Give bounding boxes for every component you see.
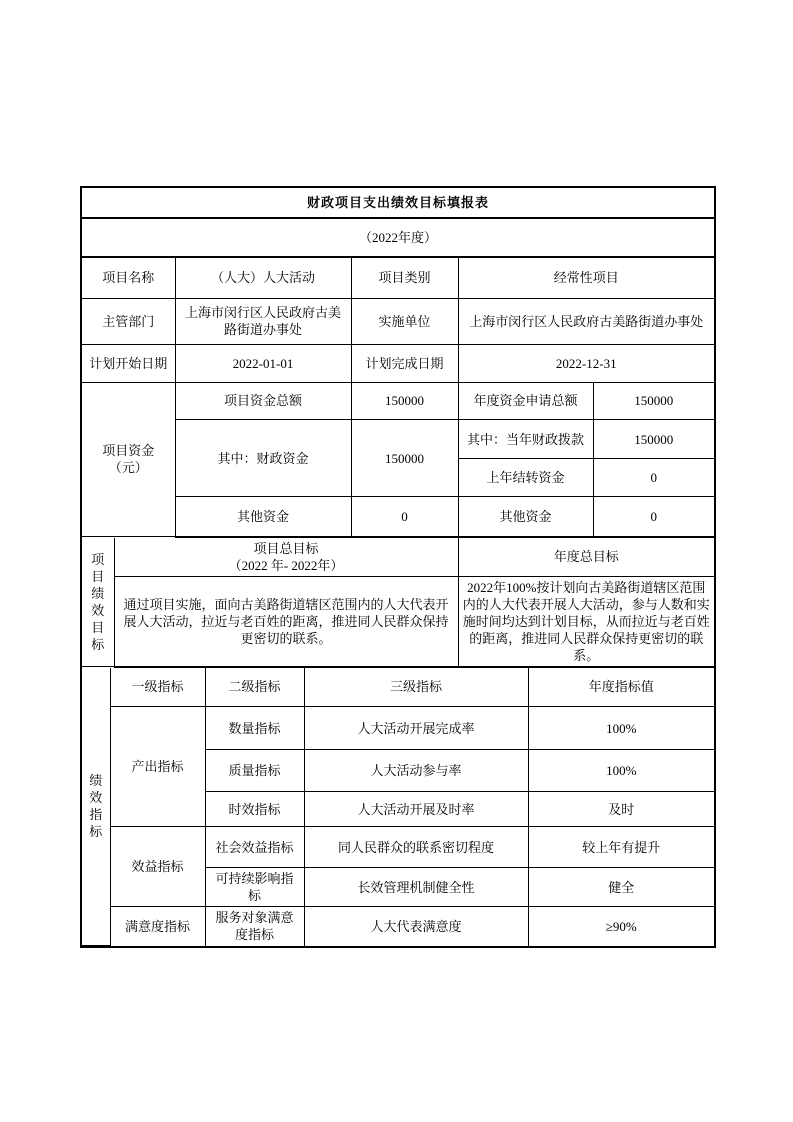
quantity-indicator-name: 人大活动开展完成率 bbox=[304, 707, 528, 750]
other-funds-left-value: 0 bbox=[351, 497, 458, 537]
start-date-value: 2022-01-01 bbox=[175, 344, 351, 382]
annual-request-value: 150000 bbox=[593, 383, 714, 420]
title-section: 财政项目支出绩效目标填报表 bbox=[82, 188, 714, 219]
quality-indicator-name: 人大活动参与率 bbox=[304, 750, 528, 792]
other-funds-left-label: 其他资金 bbox=[175, 497, 351, 537]
other-funds-right-label: 其他资金 bbox=[458, 497, 593, 537]
funding-side-label-line2: （元） bbox=[86, 459, 171, 476]
implementing-unit-label: 实施单位 bbox=[351, 298, 458, 344]
project-name-value: （人大）人大活动 bbox=[175, 258, 351, 298]
output-indicator-label: 产出指标 bbox=[110, 707, 205, 827]
table-row: 绩效 指标 一级指标 二级指标 三级指标 年度指标值 bbox=[82, 668, 714, 707]
goal-section: 项目 绩效 目标 项目总目标 （2022 年- 2022年） 年度总目标 通过项… bbox=[82, 538, 714, 668]
sustainability-indicator-label: 可持续影响指标 bbox=[205, 868, 304, 907]
overall-goal-text: 通过项目实施，面向古美路街道辖区范围内的人大代表开展人大活动，拉近与老百姓的距离… bbox=[114, 576, 458, 667]
quality-indicator-value: 100% bbox=[528, 750, 714, 792]
quality-indicator-label: 质量指标 bbox=[205, 750, 304, 792]
project-category-label: 项目类别 bbox=[351, 258, 458, 298]
subtitle-section: （2022年度） bbox=[82, 219, 714, 258]
header-level1: 一级指标 bbox=[110, 668, 205, 707]
indicators-section: 绩效 指标 一级指标 二级指标 三级指标 年度指标值 产出指标 数量指标 人大活… bbox=[82, 668, 714, 947]
start-date-label: 计划开始日期 bbox=[82, 344, 175, 382]
funding-side-label: 项目资金 （元） bbox=[82, 383, 175, 537]
goal-side-label-line1: 项目 bbox=[86, 551, 110, 585]
indicators-side-label: 绩效 指标 bbox=[82, 668, 110, 946]
indicators-side-label-line1: 绩效 bbox=[86, 772, 106, 806]
table-row: 项目名称 （人大）人大活动 项目类别 经常性项目 bbox=[82, 258, 714, 298]
goal-side-label-line2: 绩效 bbox=[86, 585, 110, 619]
header-level2: 二级指标 bbox=[205, 668, 304, 707]
competent-dept-value: 上海市闵行区人民政府古美路街道办事处 bbox=[175, 298, 351, 344]
funding-section: 项目资金 （元） 项目资金总额 150000 年度资金申请总额 150000 其… bbox=[82, 383, 714, 538]
benefit-indicator-label: 效益指标 bbox=[110, 827, 205, 907]
sustainability-indicator-value: 健全 bbox=[528, 868, 714, 907]
goal-side-label: 项目 绩效 目标 bbox=[82, 538, 114, 667]
social-benefit-indicator-name: 同人民群众的联系密切程度 bbox=[304, 827, 528, 868]
performance-target-form: 财政项目支出绩效目标填报表 （2022年度） 项目名称 （人大）人大活动 项目类… bbox=[80, 186, 716, 948]
timeliness-indicator-name: 人大活动开展及时率 bbox=[304, 792, 528, 827]
overall-goal-header-line2: （2022 年- 2022年） bbox=[119, 557, 454, 574]
project-category-value: 经常性项目 bbox=[458, 258, 714, 298]
quantity-indicator-value: 100% bbox=[528, 707, 714, 750]
annual-goal-text: 2022年100%按计划向古美路街道辖区范围内的人大代表开展人大活动，参与人数和… bbox=[458, 576, 714, 667]
current-allocation-label: 其中：当年财政拨款 bbox=[458, 420, 593, 459]
table-row: 效益指标 社会效益指标 同人民群众的联系密切程度 较上年有提升 bbox=[82, 827, 714, 868]
basic-info-section: 项目名称 （人大）人大活动 项目类别 经常性项目 主管部门 上海市闵行区人民政府… bbox=[82, 258, 714, 383]
implementing-unit-value: 上海市闵行区人民政府古美路街道办事处 bbox=[458, 298, 714, 344]
quantity-indicator-label: 数量指标 bbox=[205, 707, 304, 750]
fiscal-funds-label: 其中：财政资金 bbox=[175, 420, 351, 497]
form-title: 财政项目支出绩效目标填报表 bbox=[82, 188, 714, 218]
fiscal-funds-value: 150000 bbox=[351, 420, 458, 497]
form-subtitle: （2022年度） bbox=[82, 219, 714, 257]
annual-goal-header: 年度总目标 bbox=[458, 538, 714, 577]
indicators-side-label-line2: 指标 bbox=[86, 806, 106, 840]
social-benefit-indicator-value: 较上年有提升 bbox=[528, 827, 714, 868]
header-annual-value: 年度指标值 bbox=[528, 668, 714, 707]
funding-side-label-line1: 项目资金 bbox=[86, 442, 171, 459]
table-row: 其他资金 0 其他资金 0 bbox=[82, 497, 714, 537]
competent-dept-label: 主管部门 bbox=[82, 298, 175, 344]
sustainability-indicator-name: 长效管理机制健全性 bbox=[304, 868, 528, 907]
header-level3: 三级指标 bbox=[304, 668, 528, 707]
overall-goal-header-line1: 项目总目标 bbox=[119, 540, 454, 557]
overall-goal-header: 项目总目标 （2022 年- 2022年） bbox=[114, 538, 458, 577]
service-satisfaction-indicator-value: ≥90% bbox=[528, 907, 714, 946]
timeliness-indicator-value: 及时 bbox=[528, 792, 714, 827]
table-row: 其中：财政资金 150000 其中：当年财政拨款 150000 bbox=[82, 420, 714, 459]
carryover-label: 上年结转资金 bbox=[458, 459, 593, 497]
table-row: 项目资金 （元） 项目资金总额 150000 年度资金申请总额 150000 bbox=[82, 383, 714, 420]
service-satisfaction-indicator-label: 服务对象满意度指标 bbox=[205, 907, 304, 946]
satisfaction-indicator-label: 满意度指标 bbox=[110, 907, 205, 946]
table-row: 满意度指标 服务对象满意度指标 人大代表满意度 ≥90% bbox=[82, 907, 714, 946]
table-row: 产出指标 数量指标 人大活动开展完成率 100% bbox=[82, 707, 714, 750]
funding-total-value: 150000 bbox=[351, 383, 458, 420]
other-funds-right-value: 0 bbox=[593, 497, 714, 537]
table-row: 主管部门 上海市闵行区人民政府古美路街道办事处 实施单位 上海市闵行区人民政府古… bbox=[82, 298, 714, 344]
social-benefit-indicator-label: 社会效益指标 bbox=[205, 827, 304, 868]
service-satisfaction-indicator-name: 人大代表满意度 bbox=[304, 907, 528, 946]
table-row: 计划开始日期 2022-01-01 计划完成日期 2022-12-31 bbox=[82, 344, 714, 382]
timeliness-indicator-label: 时效指标 bbox=[205, 792, 304, 827]
funding-total-label: 项目资金总额 bbox=[175, 383, 351, 420]
current-allocation-value: 150000 bbox=[593, 420, 714, 459]
end-date-label: 计划完成日期 bbox=[351, 344, 458, 382]
carryover-value: 0 bbox=[593, 459, 714, 497]
table-row: 通过项目实施，面向古美路街道辖区范围内的人大代表开展人大活动，拉近与老百姓的距离… bbox=[82, 576, 714, 667]
table-row: 项目 绩效 目标 项目总目标 （2022 年- 2022年） 年度总目标 bbox=[82, 538, 714, 577]
annual-request-label: 年度资金申请总额 bbox=[458, 383, 593, 420]
project-name-label: 项目名称 bbox=[82, 258, 175, 298]
end-date-value: 2022-12-31 bbox=[458, 344, 714, 382]
goal-side-label-line3: 目标 bbox=[86, 619, 110, 653]
